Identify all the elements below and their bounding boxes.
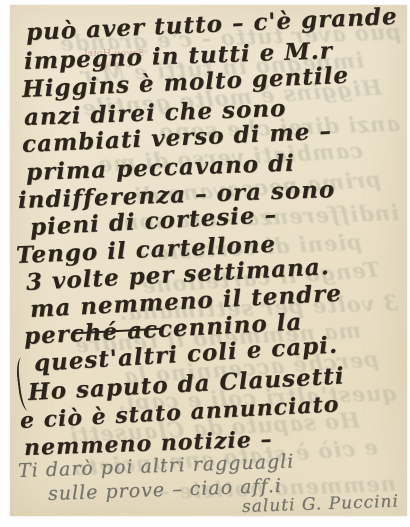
handwriting-line: saluti G. Puccini (242, 492, 400, 516)
handwriting-layer: può aver tutto – c'è grandeimpegno in tu… (10, 5, 407, 516)
letter-page: può aver tutto – c'è grandeimpegno in tu… (10, 5, 407, 516)
scan-background: può aver tutto – c'è grandeimpegno in tu… (0, 0, 410, 527)
handwriting-line: può aver tutto – c'è grande (25, 5, 398, 46)
